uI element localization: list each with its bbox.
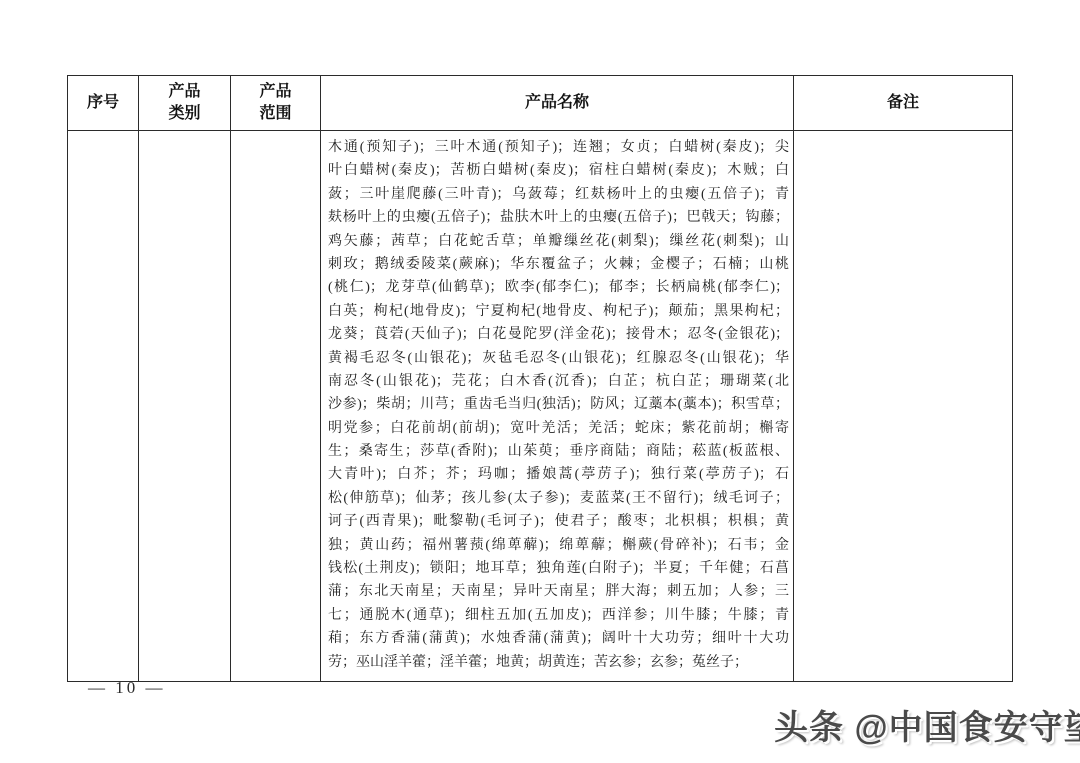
table-header-row: 序号 产品 类别 产品 范围 产品名称 备注 — [68, 76, 1013, 131]
col-header-scope: 产品 范围 — [231, 76, 321, 131]
page-number: — 10 — — [88, 678, 166, 698]
col-header-category: 产品 类别 — [139, 76, 231, 131]
product-name-line: 麸杨叶上的虫瘿(五倍子)；盐肤木叶上的虫瘿(五倍子)；巴戟天；钩藤； — [328, 206, 789, 229]
product-table: 序号 产品 类别 产品 范围 产品名称 备注 木通(预知子)；三叶木通(预 — [67, 75, 1013, 682]
product-name-line: 明党参；白花前胡(前胡)；宽叶羌活；羌活；蛇床；紫花前胡；槲寄 — [328, 417, 789, 440]
product-name-line: 独；黄山药；福州薯蓣(绵萆薢)；绵萆薢；槲蕨(骨碎补)；石韦；金 — [328, 534, 789, 557]
cell-index — [68, 131, 139, 682]
product-name-line: 诃子(西青果)；毗黎勒(毛诃子)；使君子；酸枣；北枳椇；枳椇；黄 — [328, 510, 789, 533]
cell-category — [139, 131, 231, 682]
col-header-index-label: 序号 — [68, 92, 138, 114]
product-name-line: 蒲；东北天南星；天南星；异叶天南星；胖大海；刺五加；人参；三 — [328, 580, 789, 603]
product-name-line: 葙；东方香蒲(蒲黄)；水烛香蒲(蒲黄)；阔叶十大功劳；细叶十大功 — [328, 627, 789, 650]
product-name-line: 鸡矢藤；茜草；白花蛇舌草；单瓣缫丝花(刺梨)；缫丝花(刺梨)；山 — [328, 230, 789, 253]
col-header-category-line2: 类别 — [139, 103, 230, 125]
cell-remark — [794, 131, 1013, 682]
col-header-remark-label: 备注 — [794, 92, 1012, 114]
product-name-line: (桃仁)；龙芽草(仙鹤草)；欧李(郁李仁)；郁李；长柄扁桃(郁李仁)； — [328, 276, 789, 299]
product-name-line: 刺玫；鹅绒委陵菜(蕨麻)；华东覆盆子；火棘；金樱子；石楠；山桃 — [328, 253, 789, 276]
col-header-scope-line1: 产品 — [231, 81, 320, 103]
product-name-line: 大青叶)；白芥；芥；玛咖；播娘蒿(葶苈子)；独行菜(葶苈子)；石 — [328, 463, 789, 486]
col-header-product-name-label: 产品名称 — [321, 92, 793, 114]
product-name-line: 龙葵；莨菪(天仙子)；白花曼陀罗(洋金花)；接骨木；忍冬(金银花)； — [328, 323, 789, 346]
product-name-line: 南忍冬(山银花)；芫花；白木香(沉香)；白芷；杭白芷；珊瑚菜(北 — [328, 370, 789, 393]
product-name-line: 木通(预知子)；三叶木通(预知子)；连翘；女贞；白蜡树(秦皮)；尖 — [328, 136, 789, 159]
product-name-line: 叶白蜡树(秦皮)；苦枥白蜡树(秦皮)；宿柱白蜡树(秦皮)；木贼；白 — [328, 159, 789, 182]
product-name-line: 蔹；三叶崖爬藤(三叶青)；乌蔹莓；红麸杨叶上的虫瘿(五倍子)；青 — [328, 183, 789, 206]
col-header-index: 序号 — [68, 76, 139, 131]
product-name-line: 白英；枸杞(地骨皮)；宁夏枸杞(地骨皮、枸杞子)；颠茄；黑果枸杞； — [328, 300, 789, 323]
product-name-line: 沙参)；柴胡；川芎；重齿毛当归(独活)；防风；辽藁本(藁本)；积雪草； — [328, 393, 789, 416]
product-name-line: 七；通脱木(通草)；细柱五加(五加皮)；西洋参；川牛膝；牛膝；青 — [328, 604, 789, 627]
cell-scope — [231, 131, 321, 682]
product-name-line: 劳；巫山淫羊藿；淫羊藿；地黄；胡黄连；苦玄参；玄参；菟丝子； — [328, 651, 789, 674]
cell-product-names: 木通(预知子)；三叶木通(预知子)；连翘；女贞；白蜡树(秦皮)；尖叶白蜡树(秦皮… — [321, 131, 794, 682]
col-header-product-name: 产品名称 — [321, 76, 794, 131]
product-name-line: 钱松(土荆皮)；锁阳；地耳草；独角莲(白附子)；半夏；千年健；石菖 — [328, 557, 789, 580]
product-name-line: 生；桑寄生；莎草(香附)；山茱萸；垂序商陆；商陆；菘蓝(板蓝根、 — [328, 440, 789, 463]
table-row: 木通(预知子)；三叶木通(预知子)；连翘；女贞；白蜡树(秦皮)；尖叶白蜡树(秦皮… — [68, 131, 1013, 682]
product-name-line: 黄褐毛忍冬(山银花)；灰毡毛忍冬(山银花)；红腺忍冬(山银花)；华 — [328, 347, 789, 370]
col-header-remark: 备注 — [794, 76, 1013, 131]
document-page: { "colors": { "table_border": "#2b2b2b",… — [0, 0, 1080, 763]
product-names-list: 木通(预知子)；三叶木通(预知子)；连翘；女贞；白蜡树(秦皮)；尖叶白蜡树(秦皮… — [328, 136, 789, 674]
col-header-scope-line2: 范围 — [231, 103, 320, 125]
watermark: 头条 @中国食安守望者 — [774, 700, 1080, 749]
product-name-line: 松(伸筋草)；仙茅；孩儿参(太子参)；麦蓝菜(王不留行)；绒毛诃子； — [328, 487, 789, 510]
col-header-category-line1: 产品 — [139, 81, 230, 103]
